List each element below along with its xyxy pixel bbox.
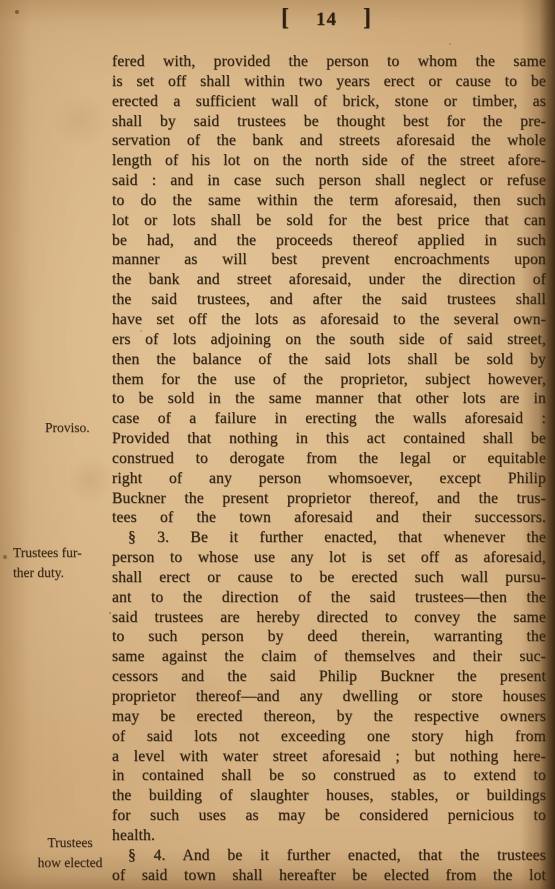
body-line: said : and in case such person shall neg… (112, 171, 546, 191)
body-line: them for the use of the proprietor, subj… (112, 370, 546, 390)
body-line: is set off shall within two years erect … (112, 72, 546, 92)
body-line: of said lots not exceeding one story hig… (112, 727, 546, 747)
page-number: 14 (316, 9, 337, 30)
body-line: be had, and the proceeds thereof applied… (112, 231, 546, 251)
page-number-bracket-right: ] (363, 5, 372, 31)
body-line: shall erect or cause to be erected such … (112, 568, 546, 588)
body-line: cessors and the said Philip Buckner the … (112, 667, 546, 687)
scanned-document-page: [14] Proviso. Trustees fur- ther duty. T… (0, 0, 555, 889)
margin-note-line: Proviso. (45, 418, 115, 438)
body-line: to do the same within the term aforesaid… (112, 191, 546, 211)
margin-note-trustees-duty: Trustees fur- ther duty. (13, 543, 113, 582)
page-header: [14] (281, 5, 372, 32)
body-line: to such person by deed therein, warranti… (112, 627, 546, 647)
body-line: manner as will best prevent encroachment… (112, 250, 546, 270)
margin-note-line: how elected (14, 853, 126, 873)
body-line: may be erected thereon, by the respectiv… (112, 707, 546, 727)
body-line: the building of slaughter houses, stable… (112, 786, 546, 806)
body-line: person to whose use any lot is set off a… (112, 548, 546, 568)
body-line: § 3. Be it further enacted, that wheneve… (112, 528, 546, 548)
body-line: tees of the town aforesaid and their suc… (112, 508, 546, 528)
body-line: ant to the direction of the said trustee… (112, 588, 546, 608)
body-line: case of a failure in erecting the walls … (112, 409, 546, 429)
body-line: length of his lot on the north side of t… (112, 151, 546, 171)
body-line: the bank and street aforesaid, under the… (112, 270, 546, 290)
body-line: shall by said trustees be thought best f… (112, 112, 546, 132)
body-line: erected a sufficient wall of brick, ston… (112, 92, 546, 112)
margin-note-line: ther duty. (13, 563, 113, 583)
body-line: § 4. And be it further enacted, that the… (112, 846, 546, 866)
body-line: servation of the bank and streets afores… (112, 131, 546, 151)
body-line: in contained shall be so construed as to… (112, 766, 546, 786)
body-line: the said trustees, and after the said tr… (112, 290, 546, 310)
body-line: of said town shall hereafter be elected … (112, 866, 546, 886)
body-line: to be sold in the same manner that other… (112, 389, 546, 409)
body-line: same against the claim of themselves and… (112, 647, 546, 667)
body-line: ers of lots adjoining on the south side … (112, 330, 546, 350)
margin-note-trustees-elected: Trustees how elected (14, 833, 126, 872)
margin-note-proviso: Proviso. (45, 418, 115, 438)
body-line: Buckner the present proprietor thereof, … (112, 489, 546, 509)
body-line: said trustees are hereby directed to con… (112, 608, 546, 628)
body-line: have set off the lots as aforesaid to th… (112, 310, 546, 330)
margin-note-line: Trustees fur- (13, 543, 113, 563)
body-line: construed to derogate from the legal or … (112, 449, 546, 469)
paper-specks (0, 0, 2, 2)
body-line: health. (112, 826, 546, 846)
body-line: proprietor thereof—and any dwelling or s… (112, 687, 546, 707)
page-number-bracket-left: [ (281, 5, 290, 31)
body-line: fered with, provided the person to whom … (112, 52, 546, 72)
body-text: fered with, provided the person to whom … (112, 52, 546, 885)
margin-note-line: Trustees (14, 833, 126, 853)
body-line: for such uses as may be considered perni… (112, 806, 546, 826)
body-line: right of any person whomsoever, except P… (112, 469, 546, 489)
body-line: Provided that nothing in this act contai… (112, 429, 546, 449)
body-line: lot or lots shall be sold for the best p… (112, 211, 546, 231)
body-line: a level with water street aforesaid ; bu… (112, 747, 546, 767)
body-line: then the balance of the said lots shall … (112, 350, 546, 370)
